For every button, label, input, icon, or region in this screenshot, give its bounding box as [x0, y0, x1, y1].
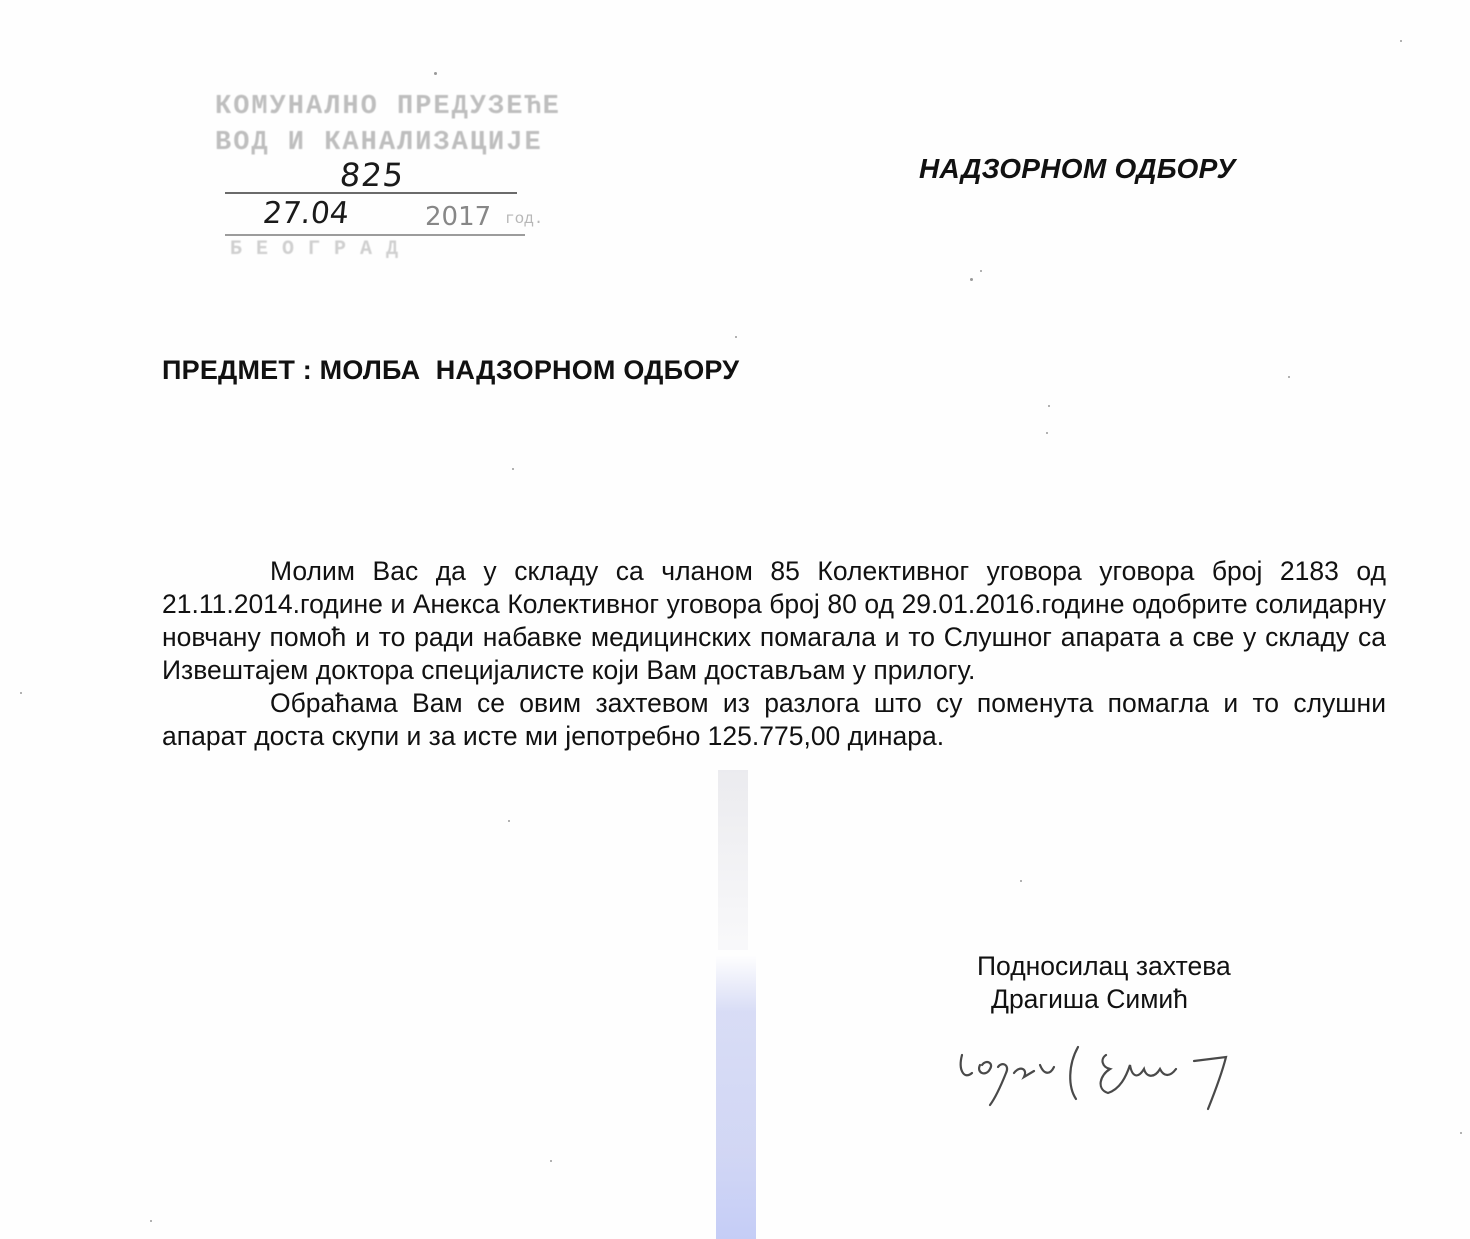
handwritten-signature [950, 1025, 1280, 1115]
applicant-name: Драгиша Симић [977, 983, 1231, 1016]
stamp-rule [225, 234, 525, 236]
stamp-org-line-2: ВОД И КАНАЛИЗАЦИЈЕ [215, 128, 543, 158]
scan-speck [1460, 1132, 1462, 1134]
signature-block: Подносилац захтева Драгиша Симић [977, 950, 1231, 1016]
scan-speck [1048, 405, 1050, 407]
scan-speck [434, 72, 437, 75]
registration-stamp: КОМУНАЛНО ПРЕДУЗЕЋЕ ВОД И КАНАЛИЗАЦИЈЕ 8… [205, 88, 575, 273]
stamp-org-line-5: БЕОГРАД [230, 238, 412, 261]
scan-artifact-stripe [716, 955, 756, 1239]
stamp-org-line-1: КОМУНАЛНО ПРЕДУЗЕЋЕ [215, 92, 561, 122]
scan-artifact-stripe [718, 770, 748, 950]
scan-speck [20, 692, 22, 694]
body-paragraph: Обраћама Вам се овим захтевом из разлога… [162, 687, 1386, 753]
applicant-label: Подносилац захтева [977, 950, 1231, 983]
scan-speck [735, 336, 737, 338]
stamp-date: 27.04 [261, 196, 351, 231]
scanned-letter-page: КОМУНАЛНО ПРЕДУЗЕЋЕ ВОД И КАНАЛИЗАЦИЈЕ 8… [0, 0, 1470, 1239]
stamp-rule [225, 192, 517, 194]
subject-line: ПРЕДМЕТ : МОЛБА НАДЗОРНОМ ОДБОРУ [162, 355, 739, 386]
stamp-registration-number: 825 [338, 156, 406, 194]
scan-speck [550, 1160, 552, 1162]
scan-speck [508, 820, 510, 822]
scan-speck [980, 270, 982, 272]
scan-speck [1020, 880, 1022, 882]
scan-speck [150, 1220, 152, 1222]
scan-speck [1046, 432, 1048, 434]
scan-speck [512, 468, 514, 470]
scan-speck [1400, 40, 1402, 42]
recipient-heading: НАДЗОРНОМ ОДБОРУ [919, 153, 1236, 185]
stamp-year: 2017 [425, 202, 491, 232]
stamp-year-suffix: год. [505, 210, 543, 228]
body-paragraph: Молим Вас да у складу са чланом 85 Колек… [162, 555, 1386, 687]
letter-body: Молим Вас да у складу са чланом 85 Колек… [162, 555, 1386, 753]
scan-speck [970, 278, 973, 281]
scan-speck [1288, 376, 1290, 378]
